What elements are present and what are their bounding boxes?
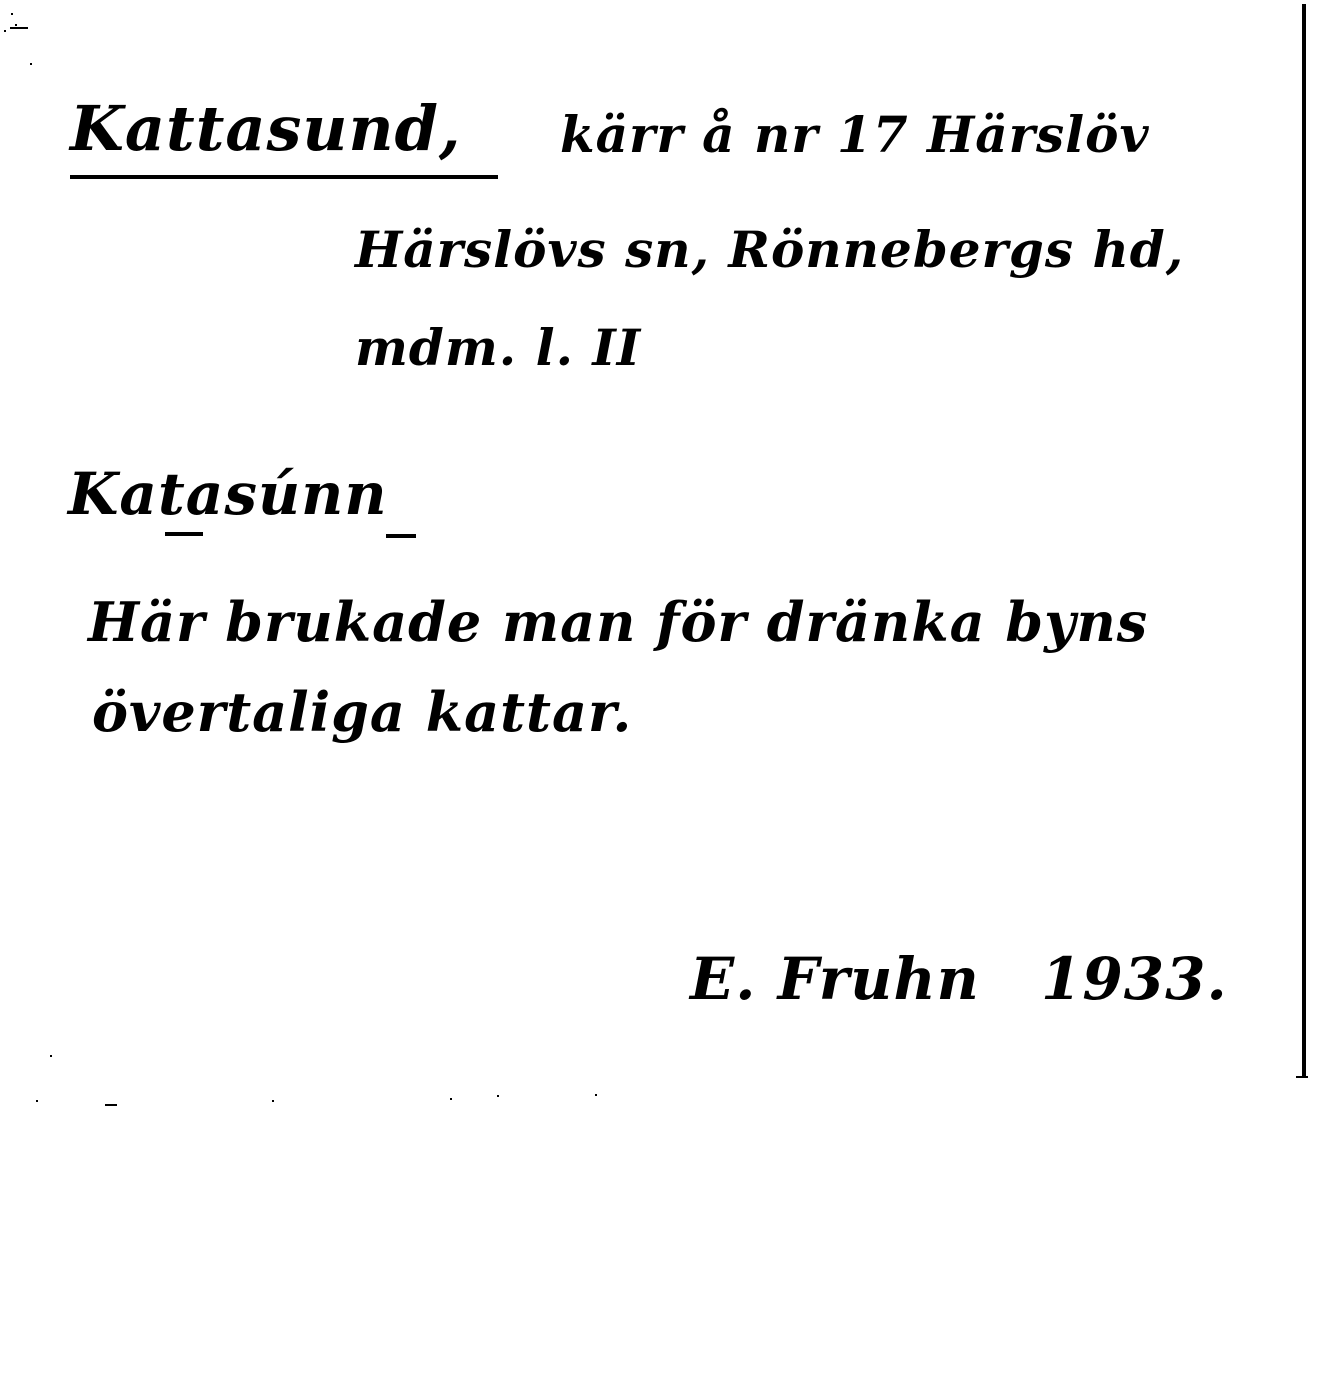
length-mark-1 — [165, 532, 203, 536]
location-line-3: mdm. l. II — [355, 318, 641, 377]
archive-card: Kattasund, kärr å nr 17 Härslöv Härslövs… — [0, 0, 1306, 1078]
note-line-1: Här brukade man för dränka byns — [88, 590, 1148, 654]
signature-year: 1933. — [1041, 945, 1228, 1013]
signature: E. Fruhn 1933. — [690, 945, 1228, 1013]
scan-speck — [450, 1098, 452, 1100]
scan-speck — [272, 1100, 274, 1102]
scan-speck — [30, 63, 32, 65]
scan-speck — [15, 24, 17, 26]
place-name-heading: Kattasund, — [70, 92, 462, 165]
place-name: Kattasund — [70, 92, 439, 165]
location-line-2: Härslövs sn, Rönnebergs hd, — [355, 220, 1184, 279]
scan-speck — [10, 27, 28, 29]
scan-speck — [11, 13, 13, 15]
heading-separator: , — [439, 92, 462, 165]
location-line-1: kärr å nr 17 Härslöv — [560, 105, 1150, 164]
pronunciation: Katasúnn — [68, 460, 388, 528]
note-line-2: övertaliga kattar. — [92, 680, 632, 744]
place-name-underline — [70, 175, 498, 179]
scan-speck — [497, 1095, 499, 1097]
scan-speck — [50, 1055, 52, 1057]
scan-speck — [595, 1094, 597, 1096]
length-mark-2 — [386, 534, 416, 538]
scan-speck — [4, 30, 6, 32]
card-bottom-corner — [1296, 1076, 1308, 1078]
signature-name: E. Fruhn — [690, 945, 980, 1013]
scan-speck — [36, 1100, 38, 1102]
scan-speck — [105, 1104, 117, 1106]
card-right-border — [1302, 4, 1306, 1078]
